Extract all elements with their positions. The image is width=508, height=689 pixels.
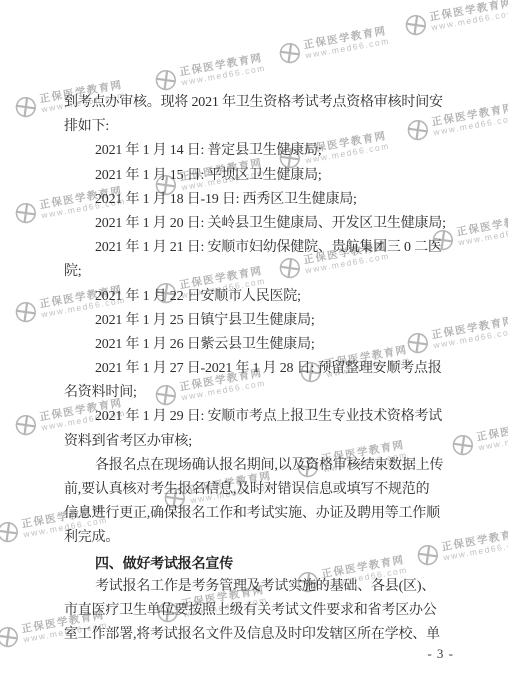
document-line: 排如下: xyxy=(64,115,446,139)
document-body: 到考点办审核。现将 2021 年卫生资格考试考点资格审核时间安排如下:2021 … xyxy=(64,91,446,647)
watermark-site-name: 正保医学教育网 xyxy=(476,418,508,444)
document-line: 到考点办审核。现将 2021 年卫生资格考试考点资格审核时间安 xyxy=(64,91,446,115)
med66-logo-icon xyxy=(13,299,38,324)
document-line: 2021 年 1 月 22 日安顺市人民医院; xyxy=(64,285,446,309)
med66-logo-icon xyxy=(13,200,38,225)
document-line: 院; xyxy=(64,260,446,284)
watermark-text: 正保医学教育网 www.med66.com xyxy=(476,418,508,452)
med66-logo-icon xyxy=(13,412,38,437)
watermark-site-name: 正保医学教育网 xyxy=(303,26,389,52)
document-line: 信息进行更正,确保报名工作和考试实施、办证及聘用等工作顺 xyxy=(64,502,446,526)
watermark: 正保医学教育网 www.med66.com xyxy=(450,417,508,458)
watermark-site-url: www.med66.com xyxy=(431,9,508,33)
med66-logo-icon xyxy=(0,519,21,544)
section-heading: 四、做好考试报名宣传 xyxy=(64,551,446,575)
watermark-site-url: www.med66.com xyxy=(458,224,508,248)
document-line: 2021 年 1 月 15 日: 平坝区卫生健康局; xyxy=(64,164,446,188)
watermark: 正保医学教育网 www.med66.com xyxy=(403,0,508,38)
document-line: 2021 年 1 月 14 日: 普定县卫生健康局; xyxy=(64,139,446,163)
watermark-text: 正保医学教育网 www.med66.com xyxy=(303,26,391,60)
document-line: 室工作部署,将考试报名文件及信息及时印发辖区所在学校、单 xyxy=(64,623,446,647)
med66-logo-icon xyxy=(0,624,21,649)
document-line: 2021 年 1 月 29 日: 安顺市考点上报卫生专业技术资格考试 xyxy=(64,405,446,429)
document-page: 正保医学教育网 www.med66.com 正保医学教育网 www.med66.… xyxy=(0,0,508,689)
document-line: 考试报名工作是考务管理及考试实施的基础、各县(区)、 xyxy=(64,575,446,599)
watermark: 正保医学教育网 www.med66.com xyxy=(277,25,391,66)
watermark-text: 正保医学教育网 www.med66.com xyxy=(179,53,267,87)
watermark-site-url: www.med66.com xyxy=(478,429,508,453)
document-line: 2021 年 1 月 18 日-19 日: 西秀区卫生健康局; xyxy=(64,188,446,212)
watermark-site-name: 正保医学教育网 xyxy=(441,528,508,554)
med66-logo-icon xyxy=(153,67,178,92)
watermark-site-url: www.med66.com xyxy=(443,539,508,563)
watermark-site-url: www.med66.com xyxy=(305,37,391,61)
document-line: 市直医疗卫生单位要按照上级有关考试文件要求和省考区办公 xyxy=(64,599,446,623)
watermark: 正保医学教育网 www.med66.com xyxy=(153,52,267,93)
document-line: 2021 年 1 月 25 日镇宁县卫生健康局; xyxy=(64,309,446,333)
watermark-text: 正保医学教育网 www.med66.com xyxy=(441,528,508,562)
med66-logo-icon xyxy=(277,40,302,65)
document-line: 2021 年 1 月 20 日: 关岭县卫生健康局、开发区卫生健康局; xyxy=(64,212,446,236)
watermark-site-url: www.med66.com xyxy=(181,64,267,88)
watermark-site-name: 正保医学教育网 xyxy=(429,0,508,24)
document-line: 各报名点在现场确认报名期间,以及资格审核结束数据上传 xyxy=(64,454,446,478)
watermark-site-name: 正保医学教育网 xyxy=(456,213,508,239)
page-number: - 3 - xyxy=(427,646,454,662)
document-line: 名资料时间; xyxy=(64,381,446,405)
med66-logo-icon xyxy=(403,12,428,37)
document-line: 2021 年 1 月 21 日: 安顺市妇幼保健院、贵航集团三 0 二医 xyxy=(64,236,446,260)
document-line: 2021 年 1 月 27 日-2021 年 1 月 28 日: 预留整理安顺考… xyxy=(64,357,446,381)
watermark-site-name: 正保医学教育网 xyxy=(179,53,265,79)
document-line: 前,要认真核对考生报名信息,及时对错误信息或填写不规范的 xyxy=(64,478,446,502)
document-line: 资料到省考区办审核; xyxy=(64,430,446,454)
document-line: 利完成。 xyxy=(64,526,446,550)
watermark-text: 正保医学教育网 www.med66.com xyxy=(456,213,508,247)
watermark-text: 正保医学教育网 www.med66.com xyxy=(429,0,508,32)
med66-logo-icon xyxy=(13,94,38,119)
document-line: 2021 年 1 月 26 日紫云县卫生健康局; xyxy=(64,333,446,357)
med66-logo-icon xyxy=(450,432,475,457)
